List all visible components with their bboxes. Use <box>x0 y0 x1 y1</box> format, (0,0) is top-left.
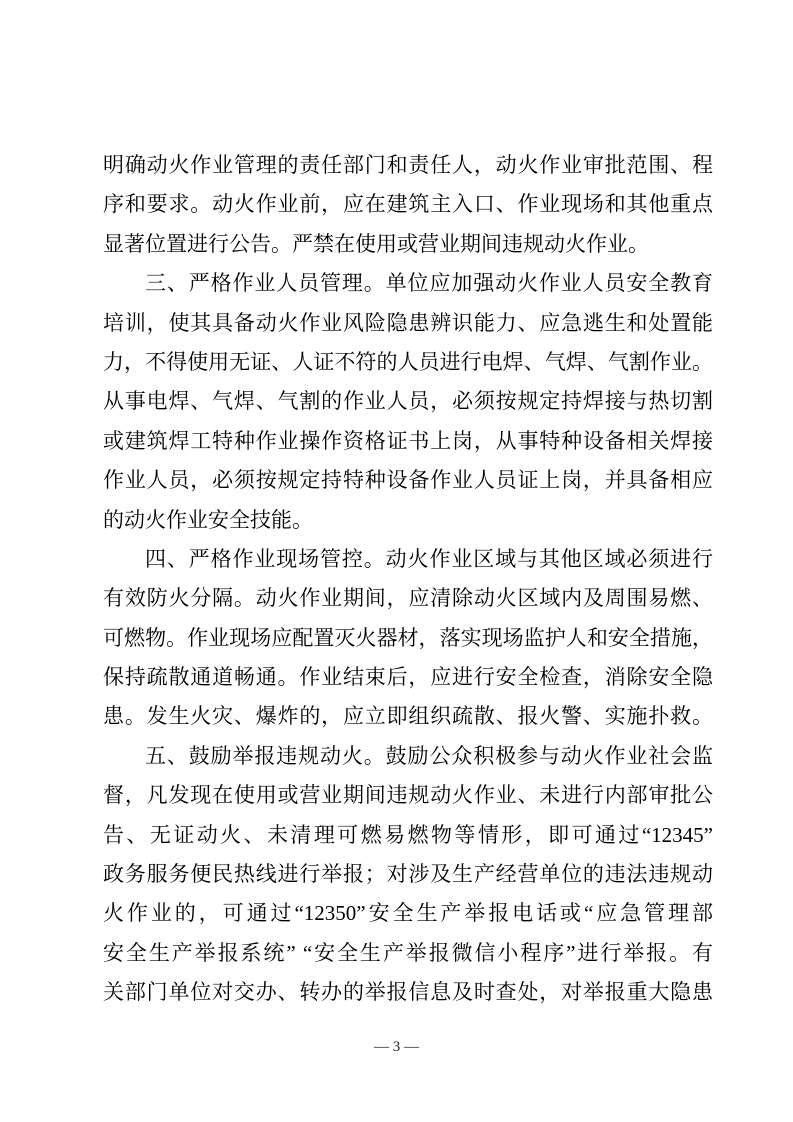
body-text-line: 序和要求。动火作业前，应在建筑主入口、作业现场和其他重点 <box>103 185 713 224</box>
body-text-line: 有效防火分隔。动火作业期间，应清除动火区域内及周围易燃、 <box>103 579 713 618</box>
body-text-line: 告、无证动火、未清理可燃易燃物等情形，即可通过“12345” <box>103 816 713 855</box>
body-text-line: 三、严格作业人员管理。单位应加强动火作业人员安全教育 <box>103 264 713 303</box>
body-text-line: 四、严格作业现场管控。动火作业区域与其他区域必须进行 <box>103 540 713 579</box>
body-text-line: 安全生产举报系统” “安全生产举报微信小程序”进行举报。有 <box>103 934 713 973</box>
body-text-line: 督，凡发现在使用或营业期间违规动火作业、未进行内部审批公 <box>103 776 713 815</box>
body-text-line: 的动火作业安全技能。 <box>103 501 713 540</box>
body-text-line: 可燃物。作业现场应配置灭火器材，落实现场监护人和安全措施， <box>103 619 713 658</box>
document-page: 明确动火作业管理的责任部门和责任人，动火作业审批范围、程序和要求。动火作业前，应… <box>0 0 793 1122</box>
body-text-line: 火作业的，可通过“12350”安全生产举报电话或“应急管理部 <box>103 894 713 933</box>
body-text-line: 患。发生火灾、爆炸的，应立即组织疏散、报火警、实施扑救。 <box>103 697 713 736</box>
page-number-footer: — 3 — <box>0 1034 793 1060</box>
body-text-line: 关部门单位对交办、转办的举报信息及时查处，对举报重大隐患 <box>103 973 713 1012</box>
document-body: 明确动火作业管理的责任部门和责任人，动火作业审批范围、程序和要求。动火作业前，应… <box>103 146 713 1013</box>
body-text-line: 明确动火作业管理的责任部门和责任人，动火作业审批范围、程 <box>103 146 713 185</box>
body-text-line: 五、鼓励举报违规动火。鼓励公众积极参与动火作业社会监 <box>103 737 713 776</box>
body-text-line: 培训，使其具备动火作业风险隐患辨识能力、应急逃生和处置能 <box>103 304 713 343</box>
body-text-line: 显著位置进行公告。严禁在使用或营业期间违规动火作业。 <box>103 225 713 264</box>
body-text-line: 从事电焊、气焊、气割的作业人员，必须按规定持焊接与热切割 <box>103 382 713 421</box>
body-text-line: 或建筑焊工特种作业操作资格证书上岗，从事特种设备相关焊接 <box>103 422 713 461</box>
body-text-line: 力，不得使用无证、人证不符的人员进行电焊、气焊、气割作业。 <box>103 343 713 382</box>
body-text-line: 保持疏散通道畅通。作业结束后，应进行安全检查，消除安全隐 <box>103 658 713 697</box>
body-text-line: 政务服务便民热线进行举报；对涉及生产经营单位的违法违规动 <box>103 855 713 894</box>
body-text-line: 作业人员，必须按规定持特种设备作业人员证上岗，并具备相应 <box>103 461 713 500</box>
